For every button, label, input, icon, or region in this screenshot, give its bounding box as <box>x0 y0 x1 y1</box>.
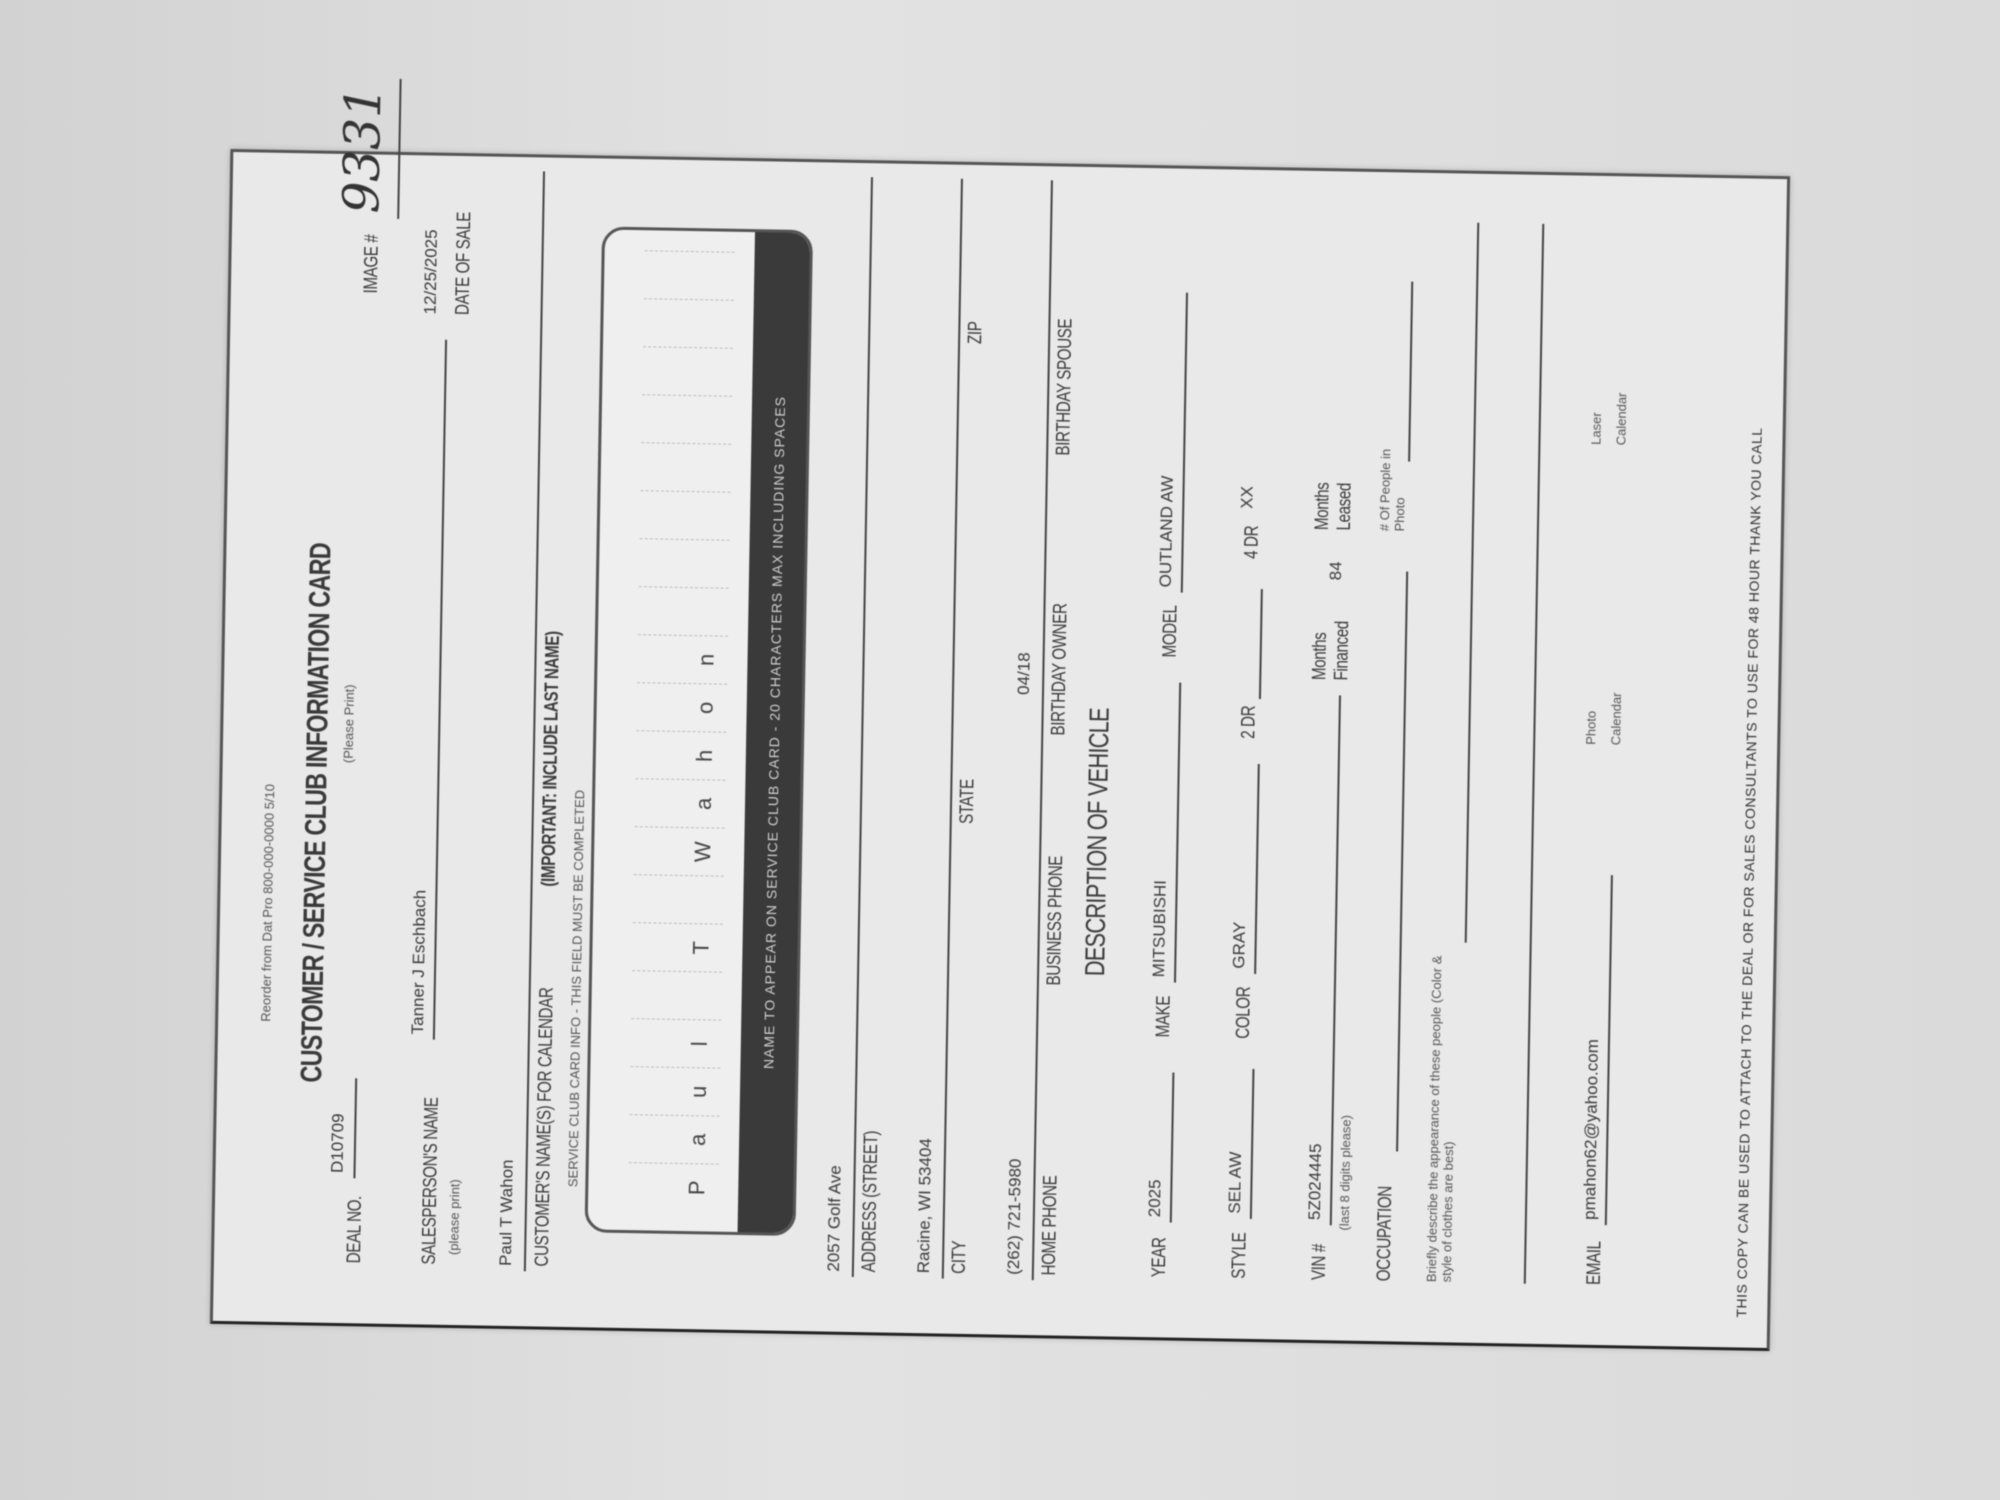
calendar-letter-cell: P <box>628 1162 719 1212</box>
style-label: STYLE <box>1229 1232 1252 1279</box>
calendar-letter-cell <box>639 538 730 588</box>
reorder-text: Reorder from Dat Pro 800-000-0000 5/10 <box>258 784 277 1022</box>
color-value: GRAY <box>1229 922 1250 969</box>
address-label: ADDRESS (STREET) <box>859 1131 883 1273</box>
image-label: IMAGE # <box>361 234 384 293</box>
business-phone-label: BUSINESS PHONE <box>1044 856 1068 986</box>
vin-label: VIN # <box>1309 1244 1332 1280</box>
color-label: COLOR <box>1233 987 1256 1039</box>
vehicle-section-title: DESCRIPTION OF VEHICLE <box>1079 708 1116 977</box>
calendar-label: Calendar <box>1608 692 1624 745</box>
model-value: OUTLAND AW <box>1156 475 1178 587</box>
calendar-letter-cell <box>641 394 732 444</box>
home-phone-value: (262) 721-5980 <box>1004 1158 1026 1275</box>
four-door-mark[interactable]: XX <box>1237 486 1257 509</box>
calendar-letter-cell <box>642 346 733 396</box>
calendar-letter-cell <box>640 490 731 540</box>
appearance-label: Briefly describe the appearance of these… <box>1424 952 1460 1282</box>
email-label: EMAIL <box>1584 1241 1607 1285</box>
form-title: CUSTOMER / SERVICE CLUB INFORMATION CARD <box>295 543 338 1083</box>
calendar-letter-cell <box>640 442 731 492</box>
calendar-letter-cell: W <box>634 826 725 876</box>
calendar-name-box: PaulTWahon NAME TO APPEAR ON SERVICE CLU… <box>585 226 814 1236</box>
salesperson-label: SALESPERSON'S NAME <box>419 1097 444 1265</box>
calendar-letter-cell <box>638 586 729 636</box>
city-label: CITY <box>949 1241 972 1274</box>
calendar-letter-cell: a <box>635 778 726 828</box>
people-in-photo-label: # Of People in Photo <box>1377 441 1409 532</box>
birthday-owner-label: BIRTHDAY OWNER <box>1048 603 1072 735</box>
months-leased-value: 84 <box>1326 561 1346 580</box>
address-value: 2057 Golf Ave <box>824 1165 846 1272</box>
model-label: MODEL <box>1160 605 1183 657</box>
vin-value: 5Z024445 <box>1305 1143 1326 1220</box>
date-of-sale-value: 12/25/2025 <box>421 229 442 314</box>
state-label: STATE <box>957 779 980 824</box>
year-value: 2025 <box>1145 1179 1166 1217</box>
salesperson-hint: (please print) <box>446 1179 462 1255</box>
customer-info-card: Reorder from Dat Pro 800-000-0000 5/10 C… <box>210 149 1790 1351</box>
occupation-label: OCCUPATION <box>1374 1186 1398 1281</box>
footer-note: THIS COPY CAN BE USED TO ATTACH TO THE D… <box>1733 427 1765 1317</box>
home-phone-label: HOME PHONE <box>1039 1175 1063 1275</box>
calendar-letter-cell <box>644 250 735 300</box>
city-value: Racine, WI 53404 <box>914 1138 936 1273</box>
image-number: 9331 <box>332 86 392 214</box>
calendar-letter-cell: u <box>630 1066 721 1116</box>
months-financed-label: Months Financed <box>1309 616 1354 681</box>
deal-label: DEAL NO. <box>344 1196 367 1264</box>
calendar-letter-cell: a <box>629 1114 720 1164</box>
service-club-note: SERVICE CLUB CARD INFO - THIS FIELD MUST… <box>565 790 587 1187</box>
deal-number: D10709 <box>328 1113 349 1173</box>
please-print-hint: (Please Print) <box>341 684 357 763</box>
calendar-letter-cell: h <box>635 730 726 780</box>
calendar-letter-cell <box>643 298 734 348</box>
calendar-letter-cell <box>633 874 724 924</box>
customer-names-label: CUSTOMER'S NAME(S) FOR CALENDAR <box>532 987 559 1266</box>
calendar-letter-cell: l <box>630 1018 721 1068</box>
zip-label: ZIP <box>965 321 987 344</box>
date-of-sale-label: DATE OF SALE <box>453 212 477 315</box>
email-value: pmahon62@yahoo.com <box>1580 1039 1603 1220</box>
calendar-letter-cell <box>631 970 722 1020</box>
four-door-label: 4 DR <box>1241 526 1264 559</box>
important-note: (IMPORTANT: INCLUDE LAST NAME) <box>539 631 565 887</box>
two-door-label: 2 DR <box>1238 706 1261 739</box>
style-value: SEL AW <box>1225 1151 1246 1213</box>
calendar-letter-cell: o <box>636 682 727 732</box>
year-label: YEAR <box>1149 1237 1172 1277</box>
calendar-label-2: Calendar <box>1613 392 1629 445</box>
calendar-band: NAME TO APPEAR ON SERVICE CLUB CARD - 20… <box>738 232 810 1233</box>
birthday-owner-value: 04/18 <box>1014 652 1035 695</box>
birthday-spouse-label: BIRTHDAY SPOUSE <box>1053 319 1077 456</box>
calendar-letter-cell: T <box>632 922 723 972</box>
photo-label: Photo <box>1583 711 1599 745</box>
calendar-letter-cells: PaulTWahon <box>628 250 735 1211</box>
vin-hint: (last 8 digits please) <box>1337 1115 1354 1231</box>
calendar-letter-cell: n <box>637 634 728 684</box>
laser-label: Laser <box>1588 412 1604 445</box>
months-leased-label: Months Leased <box>1312 466 1357 531</box>
make-label: MAKE <box>1153 996 1176 1038</box>
make-value: MITSUBISHI <box>1149 880 1171 978</box>
salesperson-name: Tanner J Eschbach <box>408 890 431 1035</box>
customer-name: Paul T Wahon <box>496 1159 518 1266</box>
